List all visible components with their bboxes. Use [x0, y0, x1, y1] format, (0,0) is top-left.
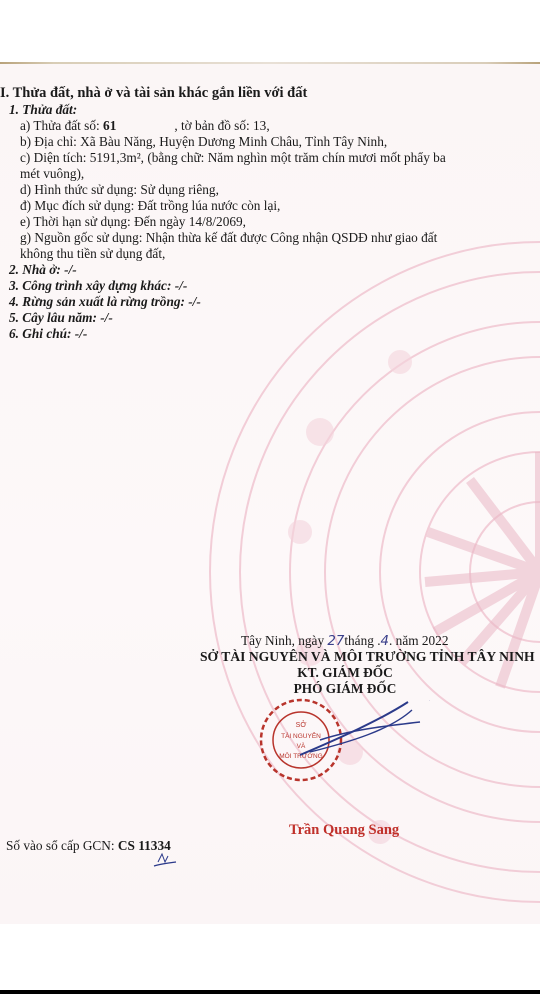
- area-line: c) Diện tích: 5191,3m², (bằng chữ: Năm n…: [20, 150, 446, 166]
- other-construction-item: 3. Công trình xây dựng khác: -/-: [9, 278, 187, 294]
- position-title: PHÓ GIÁM ĐỐC: [270, 681, 420, 697]
- parcel-number-line: a) Thửa đất số: 61, tờ bản đồ số: 13,: [20, 118, 270, 134]
- parcel-number-value: 61: [103, 118, 116, 133]
- area-line-cont: mét vuông),: [20, 166, 84, 182]
- place-date: Tây Ninh, ngày 27tháng .4. năm 2022: [241, 633, 448, 650]
- map-sheet: , tờ bản đồ số: 13,: [174, 118, 269, 133]
- bronze-drum-watermark-icon: [200, 232, 540, 912]
- signer-name: Trần Quang Sang: [289, 822, 399, 838]
- parcel-number-label: a) Thửa đất số:: [20, 118, 100, 133]
- section-title: I. Thửa đất, nhà ở và tài sản khác gắn l…: [0, 85, 307, 101]
- signature-icon: [290, 700, 450, 770]
- note-item: 6. Ghi chú: -/-: [9, 326, 87, 342]
- usage-form: d) Hình thức sử dụng: Sử dụng riêng,: [20, 182, 219, 198]
- registry-value: CS 11334: [118, 838, 171, 853]
- on-behalf-title: KT. GIÁM ĐỐC: [270, 665, 420, 681]
- usage-origin: g) Nguồn gốc sử dụng: Nhận thừa kế đất đ…: [20, 230, 437, 246]
- paper-edge: [0, 62, 540, 64]
- bottom-border: [0, 990, 540, 994]
- handwritten-initial-icon: [150, 852, 180, 870]
- usage-origin-cont: không thu tiền sử dụng đất,: [20, 246, 165, 262]
- usage-purpose: đ) Mục đích sử dụng: Đất trồng lúa nước …: [20, 198, 280, 214]
- usage-term: e) Thời hạn sử dụng: Đến ngày 14/8/2069,: [20, 214, 246, 230]
- date-day: 27: [327, 634, 344, 649]
- house-item: 2. Nhà ở: -/-: [9, 262, 77, 278]
- perennial-tree-item: 5. Cây lâu năm: -/-: [9, 310, 113, 326]
- date-month: 4: [381, 634, 389, 649]
- land-heading: 1. Thửa đất:: [9, 102, 77, 118]
- registry-label: Số vào sổ cấp GCN:: [6, 838, 115, 853]
- registry-number: Số vào sổ cấp GCN: CS 11334: [6, 838, 171, 854]
- issuing-agency: SỞ TÀI NGUYÊN VÀ MÔI TRƯỜNG TỈNH TÂY NIN…: [200, 649, 535, 665]
- forest-item: 4. Rừng sản xuất là rừng trồng: -/-: [9, 294, 201, 310]
- address-line: b) Địa chỉ: Xã Bàu Năng, Huyện Dương Min…: [20, 134, 387, 150]
